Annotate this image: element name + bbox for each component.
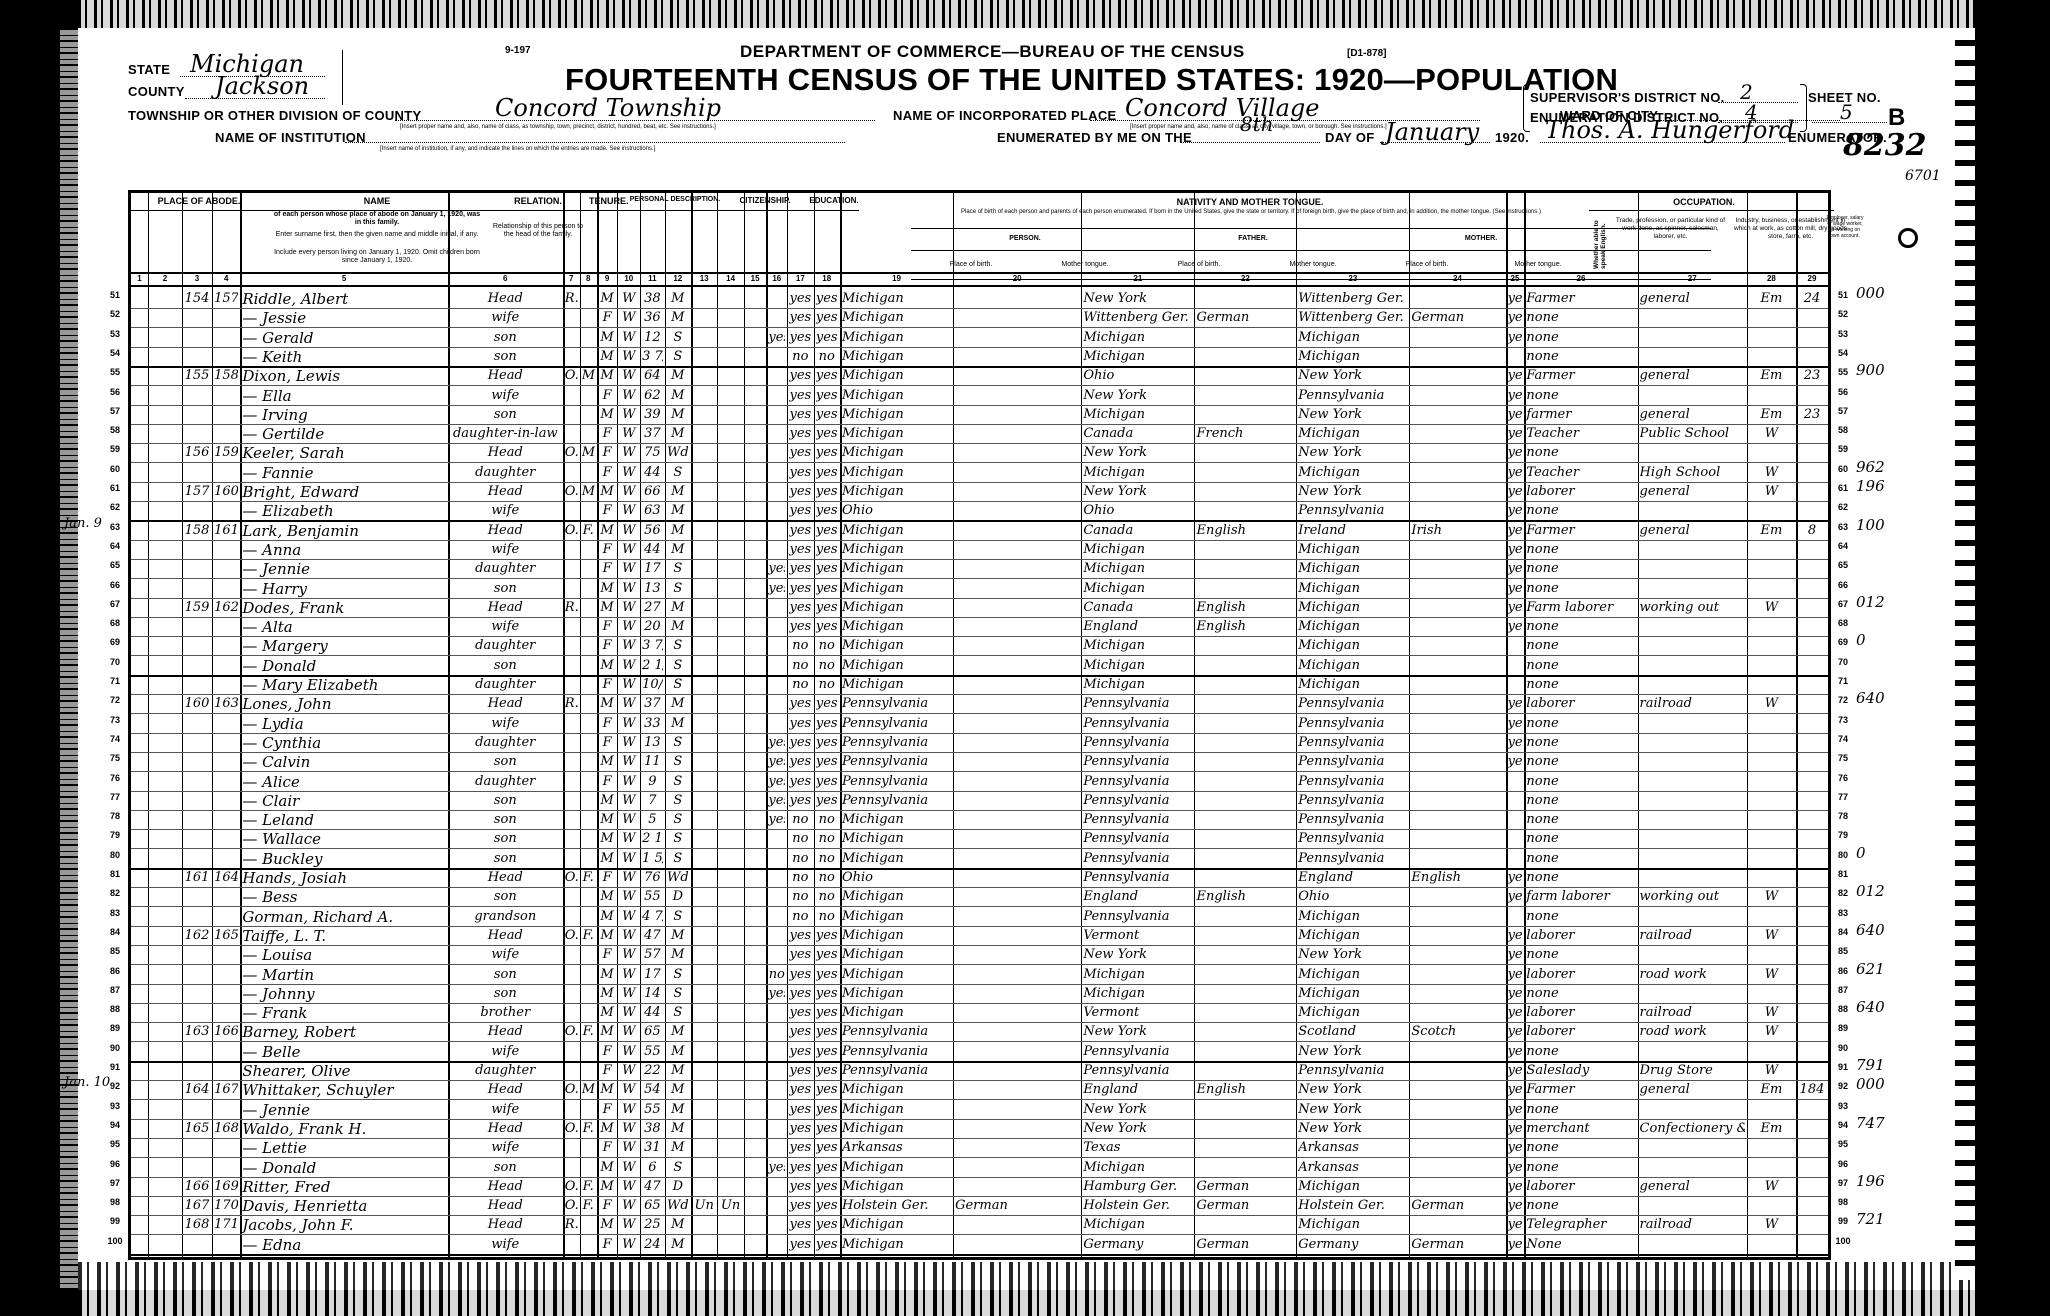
column-number: 28 xyxy=(1747,274,1796,283)
cell-father-tongue: German xyxy=(1196,1235,1294,1254)
table-row: — JohnnysonMW14SyesyesyesMichiganMichiga… xyxy=(131,984,1828,1004)
section-relation: RELATION. xyxy=(487,196,589,206)
cell-name: — Lettie xyxy=(242,1138,445,1157)
cell-write: yes xyxy=(816,598,838,617)
cell-marital: M xyxy=(667,1100,689,1119)
cell-birth: Michigan xyxy=(842,463,951,482)
cell-sex: M xyxy=(599,1177,616,1196)
column-number: 29 xyxy=(1796,274,1828,283)
cell-class xyxy=(1749,945,1794,964)
cell-read: yes xyxy=(789,617,811,636)
cell-race: W xyxy=(619,733,638,752)
line-number-right: 82 xyxy=(1832,888,1854,898)
cell-race: W xyxy=(619,1158,638,1177)
cell-home: F. xyxy=(582,521,595,540)
cell-father-birth: New York xyxy=(1083,1100,1192,1119)
township-note: [Insert proper name and, also, name of c… xyxy=(400,124,716,130)
department-title: DEPARTMENT OF COMMERCE—BUREAU OF THE CEN… xyxy=(740,42,1245,62)
cell-schedule xyxy=(1798,810,1826,829)
cell-marital: Wd xyxy=(667,868,689,887)
line-number-right: 85 xyxy=(1832,946,1854,956)
cell-sex: M xyxy=(599,482,616,501)
cell-class xyxy=(1749,501,1794,520)
cell-schedule xyxy=(1798,559,1826,578)
cell-class xyxy=(1749,308,1794,327)
cell-marital: S xyxy=(667,579,689,598)
table-row: — LouisawifeFW57MyesyesMichiganNew YorkN… xyxy=(131,945,1828,965)
cell-write: yes xyxy=(816,1061,838,1080)
cell-industry xyxy=(1640,1138,1745,1157)
cell-write: yes xyxy=(816,1003,838,1022)
cell-tenure xyxy=(565,1061,578,1080)
cell-name: — Johnny xyxy=(242,984,445,1003)
cell-attended: yes xyxy=(768,791,785,810)
day-underline xyxy=(1180,142,1320,143)
occupation-code: 100 xyxy=(1856,516,1885,534)
cell-birth: Michigan xyxy=(842,328,951,347)
cell-name: Whittaker, Schuyler xyxy=(242,1080,445,1099)
cell-attended xyxy=(768,540,785,559)
cell-mother-birth: Michigan xyxy=(1298,463,1407,482)
cell-english: yes xyxy=(1508,1177,1523,1196)
cell-sex: M xyxy=(599,829,616,848)
cell-sex: M xyxy=(599,810,616,829)
cell-schedule xyxy=(1798,1177,1826,1196)
line-number-right: 56 xyxy=(1832,387,1854,397)
cell-home xyxy=(582,829,595,848)
cell-attended xyxy=(768,1022,785,1041)
cell-race: W xyxy=(619,752,638,771)
cell-english: yes xyxy=(1508,887,1523,906)
father-birth-header: Place of birth. xyxy=(1139,261,1259,269)
cell-class xyxy=(1749,1100,1794,1119)
line-number-right: 96 xyxy=(1832,1159,1854,1169)
cell-tenure xyxy=(565,849,578,868)
incorporated-label: NAME OF INCORPORATED PLACE xyxy=(893,108,1117,123)
cell-birth: Pennsylvania xyxy=(842,733,951,752)
cell-family: 167 xyxy=(214,1080,238,1099)
cell-father-birth: Pennsylvania xyxy=(1083,733,1192,752)
line-number-right: 61 xyxy=(1832,483,1854,493)
cell-sex: F xyxy=(599,945,616,964)
cell-age: 38 xyxy=(642,1119,663,1138)
cell-home xyxy=(582,386,595,405)
cell-read: no xyxy=(789,868,811,887)
cell-father-tongue xyxy=(1196,559,1294,578)
cell-trade: Farmer xyxy=(1526,1080,1635,1099)
section-place-of-abode: PLACE OF ABODE. xyxy=(131,196,267,206)
cell-industry xyxy=(1640,579,1745,598)
cell-dwelling: 156 xyxy=(184,443,210,462)
cell-trade: none xyxy=(1526,907,1635,926)
table-row: — DonaldsonMW6SyesyesyesMichiganMichigan… xyxy=(131,1158,1828,1178)
cell-schedule xyxy=(1798,1235,1826,1254)
cell-class xyxy=(1749,386,1794,405)
cell-mother-tongue xyxy=(1411,1080,1503,1099)
cell-read: yes xyxy=(789,926,811,945)
cell-home: F. xyxy=(582,926,595,945)
cell-dwelling: 161 xyxy=(184,868,210,887)
cell-tenure: O. xyxy=(565,1196,578,1215)
cell-trade: farm laborer xyxy=(1526,887,1635,906)
cell-father-birth: Pennsylvania xyxy=(1083,868,1192,887)
cell-marital: S xyxy=(667,984,689,1003)
cell-attended xyxy=(768,521,785,540)
sheet-value: 5 xyxy=(1840,100,1853,124)
table-row: — JenniewifeFW55MyesyesMichiganNew YorkN… xyxy=(131,1100,1828,1120)
cell-relation: Head xyxy=(450,694,561,713)
cell-sex: F xyxy=(599,540,616,559)
occupation-code: 900 xyxy=(1856,361,1885,379)
cell-birth: Pennsylvania xyxy=(842,791,951,810)
cell-dwelling: 164 xyxy=(184,1080,210,1099)
cell-industry: road work xyxy=(1640,1022,1745,1041)
cell-marital: M xyxy=(667,1138,689,1157)
cell-attended xyxy=(768,1196,785,1215)
cell-relation: son xyxy=(450,849,561,868)
cell-tongue xyxy=(955,675,1079,694)
line-number-left: 95 xyxy=(104,1139,126,1149)
cell-write: yes xyxy=(816,289,838,308)
cell-trade: none xyxy=(1526,1158,1635,1177)
section-tenure: TENURE. xyxy=(589,196,625,206)
cell-birth: Michigan xyxy=(842,347,951,366)
relation-desc: Relationship of this person to the head … xyxy=(491,223,585,239)
cell-mother-tongue xyxy=(1411,907,1503,926)
line-number-right: 84 xyxy=(1832,927,1854,937)
cell-class xyxy=(1749,559,1794,578)
cell-father-birth: Pennsylvania xyxy=(1083,1042,1192,1061)
cell-birth: Michigan xyxy=(842,308,951,327)
cell-tongue xyxy=(955,308,1079,327)
cell-tenure xyxy=(565,347,578,366)
cell-race: W xyxy=(619,289,638,308)
cell-relation: Head xyxy=(450,598,561,617)
table-row: — ElizabethwifeFW63MyesyesOhioOhioPennsy… xyxy=(131,501,1828,522)
cell-mother-tongue xyxy=(1411,366,1503,385)
cell-schedule xyxy=(1798,733,1826,752)
name-desc: of each person whose place of abode on J… xyxy=(271,211,483,227)
header-divider xyxy=(911,228,1711,229)
cell-read: yes xyxy=(789,559,811,578)
cell-attended xyxy=(768,1215,785,1234)
cell-industry xyxy=(1640,443,1745,462)
cell-tongue xyxy=(955,733,1079,752)
cell-home xyxy=(582,752,595,771)
cell-mother-birth: Germany xyxy=(1298,1235,1407,1254)
cell-mother-birth: Pennsylvania xyxy=(1298,733,1407,752)
cell-family xyxy=(214,540,238,559)
cell-father-birth: Pennsylvania xyxy=(1083,714,1192,733)
table-row: 162165Taiffe, L. T.HeadO.F.MW47MyesyesMi… xyxy=(131,926,1828,946)
cell-read: yes xyxy=(789,540,811,559)
cell-birth: Michigan xyxy=(842,636,951,655)
cell-trade: merchant xyxy=(1526,1119,1635,1138)
cell-mother-tongue xyxy=(1411,617,1503,636)
cell-age: 56 xyxy=(642,521,663,540)
cell-class: W xyxy=(1749,1215,1794,1234)
line-number-left: 77 xyxy=(104,792,126,802)
cell-mother-birth: New York xyxy=(1298,482,1407,501)
cell-race: W xyxy=(619,1119,638,1138)
cell-home xyxy=(582,405,595,424)
cell-name: Barney, Robert xyxy=(242,1022,445,1041)
cell-father-tongue xyxy=(1196,926,1294,945)
cell-mother-tongue xyxy=(1411,579,1503,598)
table-row: — LydiawifeFW33MyesyesPennsylvaniaPennsy… xyxy=(131,714,1828,734)
cell-sex: F xyxy=(599,559,616,578)
cell-birth: Michigan xyxy=(842,540,951,559)
cell-tongue xyxy=(955,868,1079,887)
cell-home xyxy=(582,1235,595,1254)
column-number: 1 xyxy=(131,274,148,283)
cell-father-tongue xyxy=(1196,675,1294,694)
occupation-code: 791 xyxy=(1856,1056,1885,1074)
cell-birth: Michigan xyxy=(842,617,951,636)
cell-trade: Farmer xyxy=(1526,366,1635,385)
district-bracket-right xyxy=(1800,84,1807,132)
line-number-right: 98 xyxy=(1832,1197,1854,1207)
cell-sex: F xyxy=(599,1138,616,1157)
cell-name: Ritter, Fred xyxy=(242,1177,445,1196)
cell-class: W xyxy=(1749,1022,1794,1041)
cell-schedule xyxy=(1798,675,1826,694)
cell-relation: brother xyxy=(450,1003,561,1022)
line-number-left: 52 xyxy=(104,309,126,319)
cell-father-birth: England xyxy=(1083,1080,1192,1099)
cell-tenure xyxy=(565,1158,578,1177)
cell-read: no xyxy=(789,636,811,655)
cell-class xyxy=(1749,772,1794,791)
cell-class: W xyxy=(1749,887,1794,906)
cell-race: W xyxy=(619,772,638,791)
cell-attended xyxy=(768,849,785,868)
cell-attended xyxy=(768,501,785,520)
cell-birth: Holstein Ger. xyxy=(842,1196,951,1215)
line-number-right: 67 xyxy=(1832,599,1854,609)
line-number-left: 94 xyxy=(104,1120,126,1130)
cell-father-tongue xyxy=(1196,1119,1294,1138)
cell-industry: general xyxy=(1640,521,1745,540)
cell-dwelling xyxy=(184,1100,210,1119)
cell-relation: wife xyxy=(450,1235,561,1254)
cell-schedule xyxy=(1798,501,1826,520)
cell-relation: Head xyxy=(450,482,561,501)
cell-class xyxy=(1749,868,1794,887)
cell-english: yes xyxy=(1508,521,1523,540)
cell-home xyxy=(582,733,595,752)
table-row: — BellewifeFW55MyesyesPennsylvaniaPennsy… xyxy=(131,1042,1828,1063)
cell-english: yes xyxy=(1508,617,1523,636)
cell-mother-birth: Michigan xyxy=(1298,347,1407,366)
cell-english: yes xyxy=(1508,1138,1523,1157)
table-row: 158161Lark, BenjaminHeadO.F.MW56MyesyesM… xyxy=(131,521,1828,541)
cell-age: 47 xyxy=(642,926,663,945)
cell-home xyxy=(582,424,595,443)
cell-father-tongue xyxy=(1196,1100,1294,1119)
cell-write: yes xyxy=(816,328,838,347)
cell-attended xyxy=(768,887,785,906)
cell-mother-tongue xyxy=(1411,1158,1503,1177)
line-number-right: 95 xyxy=(1832,1139,1854,1149)
cell-schedule xyxy=(1798,1119,1826,1138)
cell-dwelling xyxy=(184,675,210,694)
cell-age: 13 xyxy=(642,579,663,598)
cell-name: — Gertilde xyxy=(242,424,445,443)
cell-marital: M xyxy=(667,308,689,327)
cell-name: — Louisa xyxy=(242,945,445,964)
table-row: 163166Barney, RobertHeadO.F.MW65MyesyesP… xyxy=(131,1022,1828,1042)
cell-age: 11 xyxy=(642,752,663,771)
cell-class xyxy=(1749,347,1794,366)
cell-father-tongue xyxy=(1196,752,1294,771)
cell-age: 7 xyxy=(642,791,663,810)
cell-sex: M xyxy=(599,1003,616,1022)
cell-mother-tongue xyxy=(1411,501,1503,520)
cell-tongue xyxy=(955,926,1079,945)
cell-relation: wife xyxy=(450,1042,561,1061)
cell-race: W xyxy=(619,540,638,559)
table-row: — BesssonMW55DnonoMichiganEnglandEnglish… xyxy=(131,887,1828,907)
cell-dwelling: 160 xyxy=(184,694,210,713)
cell-family: 165 xyxy=(214,926,238,945)
cell-class xyxy=(1749,443,1794,462)
cell-english: yes xyxy=(1508,405,1523,424)
cell-race: W xyxy=(619,308,638,327)
cell-name: — Leland xyxy=(242,810,445,829)
cell-attended xyxy=(768,289,785,308)
cell-tenure: O. xyxy=(565,926,578,945)
cell-mother-birth: Michigan xyxy=(1298,636,1407,655)
cell-trade: farmer xyxy=(1526,405,1635,424)
cell-father-tongue xyxy=(1196,579,1294,598)
cell-write: yes xyxy=(816,791,838,810)
cell-family: 163 xyxy=(214,694,238,713)
cell-father-tongue xyxy=(1196,810,1294,829)
cell-marital: S xyxy=(667,328,689,347)
cell-mother-tongue xyxy=(1411,347,1503,366)
occ-class-header: Employer, salary or wage worker, or work… xyxy=(1825,215,1865,239)
cell-home xyxy=(582,501,595,520)
cell-father-birth: Michigan xyxy=(1083,540,1192,559)
cell-write: yes xyxy=(816,424,838,443)
name-desc3: Include every person living on January 1… xyxy=(271,249,483,265)
column-number: 8 xyxy=(580,274,597,283)
cell-sex: M xyxy=(599,289,616,308)
line-number-right: 86 xyxy=(1832,966,1854,976)
cell-dwelling xyxy=(184,772,210,791)
cell-tongue xyxy=(955,810,1079,829)
cell-schedule xyxy=(1798,829,1826,848)
cell-tongue xyxy=(955,386,1079,405)
cell-mother-tongue xyxy=(1411,714,1503,733)
table-row: — AnnawifeFW44MyesyesMichiganMichiganMic… xyxy=(131,540,1828,560)
cell-english: yes xyxy=(1508,733,1523,752)
state-label: STATE xyxy=(128,62,170,77)
cell-trade: Farmer xyxy=(1526,521,1635,540)
cell-race: W xyxy=(619,1061,638,1080)
cell-write: yes xyxy=(816,559,838,578)
table-row: 168171Jacobs, John F.HeadR.MW25MyesyesMi… xyxy=(131,1215,1828,1235)
column-number: 22 xyxy=(1194,274,1296,283)
cell-family: 159 xyxy=(214,443,238,462)
cell-father-birth: Michigan xyxy=(1083,347,1192,366)
cell-race: W xyxy=(619,1177,638,1196)
line-number-left: 63 xyxy=(104,522,126,532)
cell-family xyxy=(214,1138,238,1157)
cell-mother-birth: New York xyxy=(1298,443,1407,462)
line-number-left: 85 xyxy=(104,946,126,956)
cell-mother-tongue: Scotch xyxy=(1411,1022,1503,1041)
cell-father-birth: Hamburg Ger. xyxy=(1083,1177,1192,1196)
cell-tenure xyxy=(565,386,578,405)
cell-father-tongue xyxy=(1196,328,1294,347)
line-number-left: 90 xyxy=(104,1043,126,1053)
cell-read: no xyxy=(789,347,811,366)
cell-schedule xyxy=(1798,1042,1826,1061)
cell-father-birth: Canada xyxy=(1083,598,1192,617)
cell-mother-birth: Wittenberg Ger. xyxy=(1298,289,1407,308)
cell-age: 65 xyxy=(642,1196,663,1215)
table-row: — ClairsonMW7SyesyesyesPennsylvaniaPenns… xyxy=(131,791,1828,811)
line-number-left: 89 xyxy=(104,1023,126,1033)
cell-mother-birth: Pennsylvania xyxy=(1298,772,1407,791)
cell-tongue xyxy=(955,829,1079,848)
cell-tenure: O. xyxy=(565,1022,578,1041)
line-number-left: 72 xyxy=(104,695,126,705)
line-number-right: 91 xyxy=(1832,1062,1854,1072)
cell-schedule xyxy=(1798,1158,1826,1177)
column-number: 24 xyxy=(1409,274,1505,283)
table-row: — JenniedaughterFW17SyesyesyesMichiganMi… xyxy=(131,559,1828,579)
cell-mother-tongue xyxy=(1411,945,1503,964)
cell-father-birth: Michigan xyxy=(1083,965,1192,984)
state-county-divider xyxy=(342,50,343,105)
cell-marital: S xyxy=(667,1158,689,1177)
line-number-left: 87 xyxy=(104,985,126,995)
cell-dwelling: 157 xyxy=(184,482,210,501)
cell-attended xyxy=(768,714,785,733)
cell-mother-tongue xyxy=(1411,694,1503,713)
line-number-left: 70 xyxy=(104,657,126,667)
cell-name: — Jennie xyxy=(242,559,445,578)
cell-trade: none xyxy=(1526,617,1635,636)
cell-father-tongue xyxy=(1196,482,1294,501)
column-number: 26 xyxy=(1524,274,1637,283)
cell-industry: railroad xyxy=(1640,926,1745,945)
cell-tenure: O. xyxy=(565,1177,578,1196)
cell-race: W xyxy=(619,849,638,868)
column-number: 4 xyxy=(212,274,240,283)
cell-birth: Michigan xyxy=(842,965,951,984)
cell-attended xyxy=(768,1235,785,1254)
cell-read: yes xyxy=(789,463,811,482)
cell-race: W xyxy=(619,1003,638,1022)
cell-home xyxy=(582,1138,595,1157)
cell-dwelling xyxy=(184,829,210,848)
column-number: 2 xyxy=(148,274,182,283)
cell-attended xyxy=(768,617,785,636)
cell-class xyxy=(1749,617,1794,636)
cell-marital: M xyxy=(667,1061,689,1080)
cell-birth: Pennsylvania xyxy=(842,772,951,791)
cell-home: F. xyxy=(582,1177,595,1196)
cell-mother-birth: Pennsylvania xyxy=(1298,752,1407,771)
cell-family xyxy=(214,347,238,366)
cell-family: 161 xyxy=(214,521,238,540)
cell-marital: S xyxy=(667,559,689,578)
cell-english: yes xyxy=(1508,1196,1523,1215)
